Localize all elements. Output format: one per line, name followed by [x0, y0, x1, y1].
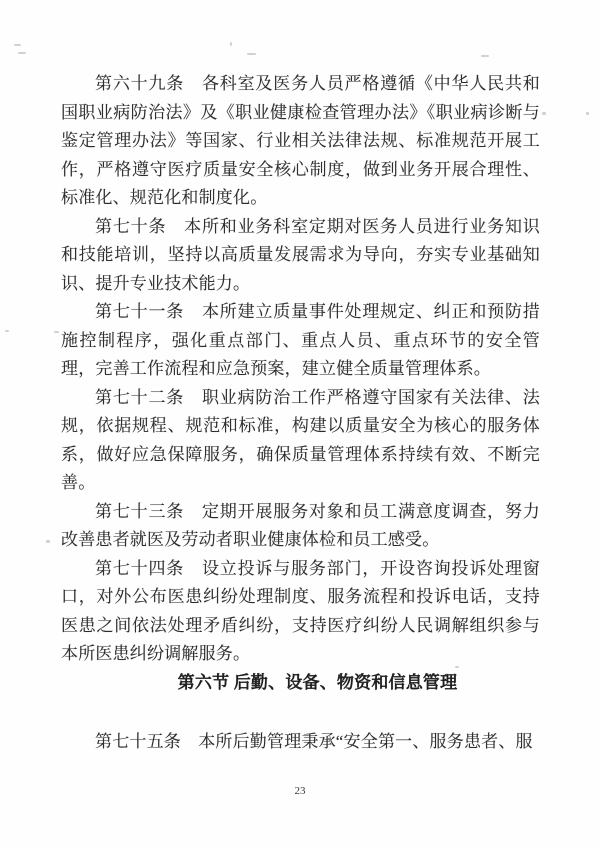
scan-artifact	[18, 52, 26, 54]
scan-artifact	[14, 44, 21, 46]
article-paragraph-72: 第七十二条 职业病防治工作严格遵守国家有关法律、法规，依据规程、规范和标准，构建…	[61, 384, 540, 498]
article-paragraph-70: 第七十条 本所和业务科室定期对医务人员进行业务知识和技能培训，坚持以高质量发展需…	[61, 213, 540, 299]
scan-artifact	[5, 330, 9, 332]
scan-artifact	[247, 53, 256, 55]
page-number: 23	[0, 785, 600, 797]
scan-artifact	[586, 112, 589, 115]
article-paragraph-74: 第七十四条 设立投诉与服务部门，开设咨询投诉处理窗口，对外公布医患纠纷处理制度、…	[61, 555, 540, 669]
article-paragraph-69: 第六十九条 各科室及医务人员严格遵循《中华人民共和国职业病防治法》及《职业健康检…	[61, 70, 540, 213]
section-heading: 第六节 后勤、设备、物资和信息管理	[61, 669, 540, 698]
article-paragraph-75: 第七十五条 本所后勤管理秉承“安全第一、服务患者、服	[61, 728, 540, 757]
document-page: 第六十九条 各科室及医务人员严格遵循《中华人民共和国职业病防治法》及《职业健康检…	[0, 0, 600, 848]
scan-artifact	[230, 42, 232, 46]
scan-artifact	[455, 666, 459, 668]
scan-artifact	[481, 55, 489, 57]
document-body: 第六十九条 各科室及医务人员严格遵循《中华人民共和国职业病防治法》及《职业健康检…	[61, 70, 540, 757]
article-paragraph-71: 第七十一条 本所建立质量事件处理规定、纠正和预防措施控制程序，强化重点部门、重点…	[61, 298, 540, 384]
scan-artifact	[46, 540, 50, 543]
scan-artifact	[542, 112, 546, 115]
scan-artifact	[54, 331, 59, 333]
article-paragraph-73: 第七十三条 定期开展服务对象和员工满意度调查，努力改善患者就医及劳动者职业健康体…	[61, 498, 540, 555]
